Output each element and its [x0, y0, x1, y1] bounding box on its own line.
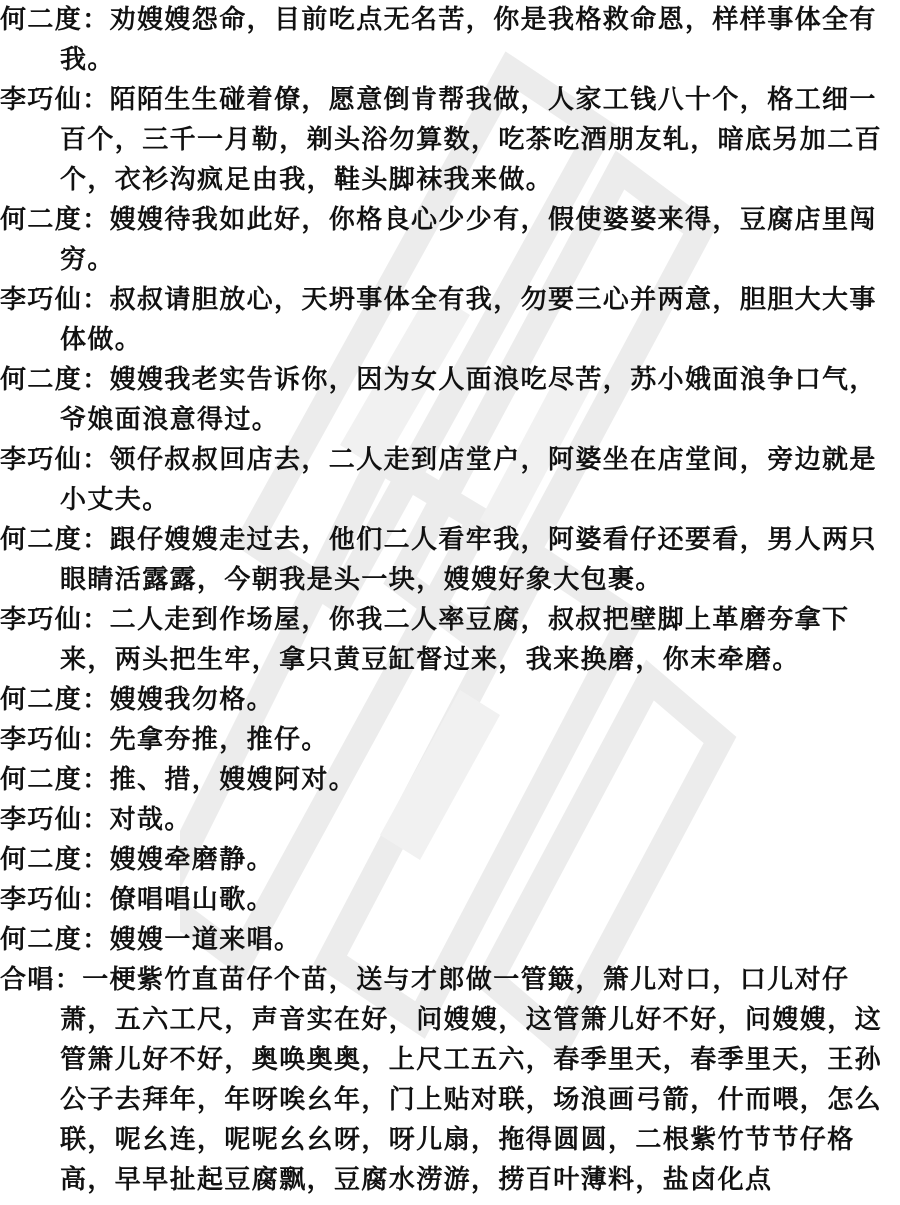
dialogue-line: 李巧仙：领仔叔叔回店去，二人走到店堂户，阿婆坐在店堂间，旁边就是小丈夫。 [0, 440, 900, 520]
dialogue-text: 劝嫂嫂怨命，目前吃点无名苦，你是我格救命恩，样样事体全有我。 [60, 5, 877, 75]
dialogue-line: 李巧仙：对哉。 [0, 800, 900, 840]
speaker-name: 李巧仙： [0, 445, 110, 475]
dialogue-line: 何二度：推、措，嫂嫂阿对。 [0, 760, 900, 800]
speaker-name: 何二度： [0, 365, 110, 395]
dialogue-line: 李巧仙：叔叔请胆放心，天坍事体全有我，勿要三心并两意，胆胆大大事体做。 [0, 280, 900, 360]
dialogue-text: 先拿夯推，推仔。 [110, 725, 329, 755]
dialogue-line: 合唱：一梗紫竹直苗仔个苗，送与才郎做一管簸，箫儿对口，口儿对仔萧，五六工尺，声音… [0, 960, 900, 1200]
speaker-name: 何二度： [0, 205, 110, 235]
dialogue-line: 李巧仙：僚唱唱山歌。 [0, 880, 900, 920]
dialogue-text: 跟仔嫂嫂走过去，他们二人看牢我，阿婆看仔还要看，男人两只眼睛活露露，今朝我是头一… [60, 525, 877, 595]
dialogue-text: 二人走到作场屋，你我二人率豆腐，叔叔把壁脚上革磨夯拿下来，两头把生牢，拿只黄豆缸… [60, 605, 849, 675]
speaker-name: 李巧仙： [0, 605, 110, 635]
speaker-name: 李巧仙： [0, 725, 110, 755]
dialogue-text: 嫂嫂我勿格。 [110, 685, 274, 715]
dialogue-text: 对哉。 [110, 805, 192, 835]
dialogue-line: 何二度：嫂嫂待我如此好，你格良心少少有，假使婆婆来得，豆腐店里闯穷。 [0, 200, 900, 280]
dialogue-line: 何二度：嫂嫂一道来唱。 [0, 920, 900, 960]
dialogue-text: 嫂嫂待我如此好，你格良心少少有，假使婆婆来得，豆腐店里闯穷。 [60, 205, 877, 275]
dialogue-text: 一梗紫竹直苗仔个苗，送与才郎做一管簸，箫儿对口，口儿对仔萧，五六工尺，声音实在好… [60, 965, 882, 1195]
speaker-name: 李巧仙： [0, 805, 110, 835]
dialogue-text: 推、措，嫂嫂阿对。 [110, 765, 357, 795]
speaker-name: 李巧仙： [0, 285, 110, 315]
speaker-name: 何二度： [0, 765, 110, 795]
dialogue-text: 嫂嫂我老实告诉你，因为女人面浪吃尽苦，苏小娥面浪争口气，爷娘面浪意得过。 [60, 365, 877, 435]
speaker-name: 何二度： [0, 5, 110, 35]
dialogue-text: 嫂嫂一道来唱。 [110, 925, 302, 955]
dialogue-text: 叔叔请胆放心，天坍事体全有我，勿要三心并两意，胆胆大大事体做。 [60, 285, 877, 355]
dialogue-line: 李巧仙：陌陌生生碰着僚，愿意倒肯帮我做，人家工钱八十个，格工细一百个，三千一月勒… [0, 80, 900, 200]
dialogue-line: 何二度：嫂嫂牵磨静。 [0, 840, 900, 880]
dialogue-line: 李巧仙：二人走到作场屋，你我二人率豆腐，叔叔把壁脚上革磨夯拿下来，两头把生牢，拿… [0, 600, 900, 680]
speaker-name: 何二度： [0, 685, 110, 715]
speaker-name: 李巧仙： [0, 885, 110, 915]
dialogue-line: 李巧仙：先拿夯推，推仔。 [0, 720, 900, 760]
dialogue-text: 领仔叔叔回店去，二人走到店堂户，阿婆坐在店堂间，旁边就是小丈夫。 [60, 445, 877, 515]
dialogue-line: 何二度：跟仔嫂嫂走过去，他们二人看牢我，阿婆看仔还要看，男人两只眼睛活露露，今朝… [0, 520, 900, 600]
document-page: 何二度：劝嫂嫂怨命，目前吃点无名苦，你是我格救命恩，样样事体全有我。 李巧仙：陌… [0, 0, 900, 1200]
dialogue-line: 何二度：嫂嫂我勿格。 [0, 680, 900, 720]
dialogue-text: 嫂嫂牵磨静。 [110, 845, 274, 875]
dialogue-text: 陌陌生生碰着僚，愿意倒肯帮我做，人家工钱八十个，格工细一百个，三千一月勒，剃头浴… [60, 85, 882, 195]
dialogue-line: 何二度：嫂嫂我老实告诉你，因为女人面浪吃尽苦，苏小娥面浪争口气，爷娘面浪意得过。 [0, 360, 900, 440]
dialogue-text: 僚唱唱山歌。 [110, 885, 274, 915]
speaker-name: 何二度： [0, 925, 110, 955]
dialogue-line: 何二度：劝嫂嫂怨命，目前吃点无名苦，你是我格救命恩，样样事体全有我。 [0, 0, 900, 80]
speaker-name: 何二度： [0, 525, 110, 555]
speaker-name: 李巧仙： [0, 85, 110, 115]
speaker-name: 何二度： [0, 845, 110, 875]
speaker-name: 合唱： [0, 965, 82, 995]
